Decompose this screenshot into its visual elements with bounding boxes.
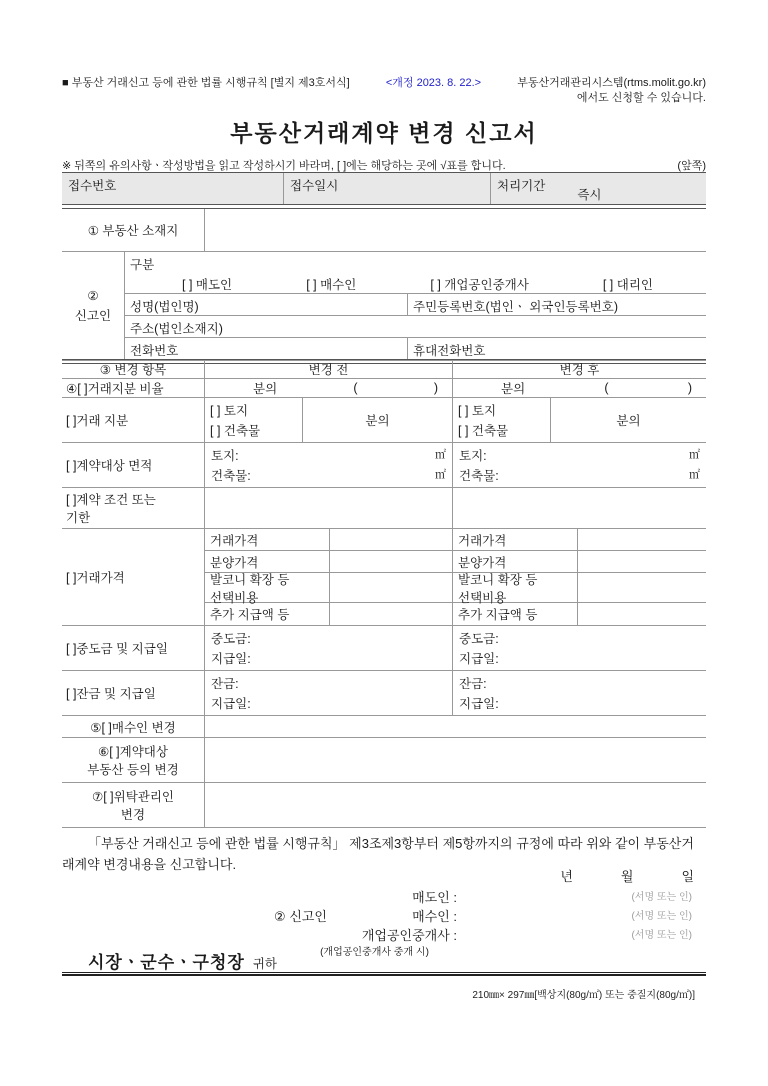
before-header: 변경 전 xyxy=(205,360,453,378)
pay-date-label: 지급일: xyxy=(211,694,446,712)
checkbox-buyer: [ ] 매수인 xyxy=(306,275,356,293)
checkbox-building: [ ] 건축물 xyxy=(210,421,297,439)
date-line: 년 월 일 xyxy=(62,866,706,885)
page-side-label: (앞쪽) xyxy=(677,157,706,173)
bottom-rule xyxy=(62,972,706,976)
receipt-datetime-cell: 접수일시 xyxy=(284,173,491,205)
price-item-label: 발코니 확장 등 선택비용 xyxy=(205,573,330,602)
buyer-change-value xyxy=(205,716,706,737)
instruction-text: ※ 뒤쪽의 유의사항ㆍ작성방법을 읽고 작성하시기 바라며, [ ]에는 해당하… xyxy=(62,157,506,173)
amount-label: 잔금: xyxy=(459,674,700,692)
land-label: 토지: xyxy=(459,446,487,464)
checkbox-broker: [ ] 개업공인중개사 xyxy=(430,275,528,293)
price-item-value xyxy=(578,551,706,572)
checkbox-agent: [ ] 대리인 xyxy=(603,275,653,293)
sqm-unit: ㎡ xyxy=(435,466,446,484)
amount-label: 중도금: xyxy=(211,629,446,647)
price-item-value xyxy=(330,573,452,602)
seal-note: (서명 또는 인) xyxy=(457,907,706,926)
mobile-label: 휴대전화번호 xyxy=(408,338,706,360)
sqm-unit: ㎡ xyxy=(689,466,700,484)
day-label: 일 xyxy=(681,866,694,885)
bunui-text: 분의 xyxy=(253,379,277,397)
contract-condition-row: [ ]계약 조건 또는 기한 xyxy=(62,488,706,529)
applicant-category-row: 구분 [ ] 매도인 [ ] 매수인 [ ] 개업공인중개사 [ ] 대리인 xyxy=(125,252,706,294)
applicant-label: ② 신고인 xyxy=(62,252,125,360)
custodian-change-value xyxy=(205,783,706,827)
phone-label: 전화번호 xyxy=(125,338,408,360)
transaction-share-label: [ ]거래 지분 xyxy=(62,398,205,442)
contract-condition-label: [ ]계약 조건 또는 기한 xyxy=(62,488,205,528)
system-note-continued: 에서도 신청할 수 있습니다. xyxy=(62,91,706,106)
price-item-label: 추가 지급액 등 xyxy=(205,603,330,625)
processing-period-cell: 처리기간 즉시 xyxy=(491,173,706,205)
contract-area-row: [ ]계약대상 면적 토지:㎡ 건축물:㎡ 토지:㎡ 건축물:㎡ xyxy=(62,443,706,488)
regulation-header: ■ 부동산 거래신고 등에 관한 법률 시행규칙 [별지 제3호서식] <개정 … xyxy=(62,76,706,106)
balance-payment-after: 잔금: 지급일: xyxy=(453,671,706,715)
form-page: ■ 부동산 거래신고 등에 관한 법률 시행규칙 [별지 제3호서식] <개정 … xyxy=(0,0,768,1086)
sqm-unit: ㎡ xyxy=(689,446,700,464)
property-change-label: ⑥[ ]계약대상 부동산 등의 변경 xyxy=(62,738,205,782)
pay-date-label: 지급일: xyxy=(211,649,446,667)
section-property-applicant: ① 부동산 소재지 ② 신고인 구분 [ ] 매도인 [ ] 매수인 [ ] 개… xyxy=(62,209,706,361)
regulation-text: ■ 부동산 거래신고 등에 관한 법률 시행규칙 [별지 제3호서식] xyxy=(62,76,350,91)
pay-date-label: 지급일: xyxy=(459,694,700,712)
custodian-change-label: ⑦[ ]위탁관리인 변경 xyxy=(62,783,205,827)
change-item-header: ③ 변경 항목 xyxy=(62,360,205,378)
bunui-text: 분의 xyxy=(501,379,525,397)
property-location-row: ① 부동산 소재지 xyxy=(62,209,706,252)
address-label: 주소(법인소재지) xyxy=(130,322,223,336)
share-ratio-after: 분의 ( ) xyxy=(453,379,706,397)
category-label: 구분 xyxy=(130,255,701,273)
building-label: 건축물: xyxy=(459,466,499,484)
pay-date-label: 지급일: xyxy=(459,649,700,667)
price-item-value xyxy=(330,551,452,572)
paper-spec: 210㎜× 297㎜[백상지(80g/㎡) 또는 중질지(80g/㎡)] xyxy=(62,986,706,1001)
amount-label: 중도금: xyxy=(459,629,700,647)
receipt-header-row: 접수번호 접수일시 처리기간 즉시 xyxy=(62,172,706,205)
system-note: 부동산거래관리시스템(rtms.molit.go.kr) xyxy=(517,76,706,91)
price-item-label: 거래가격 xyxy=(205,529,330,550)
sqm-unit: ㎡ xyxy=(435,446,446,464)
interim-payment-label: [ ]중도금 및 지급일 xyxy=(62,626,205,670)
price-item-value xyxy=(578,529,706,550)
checkbox-land: [ ] 토지 xyxy=(458,401,545,419)
applicant-name-row: 성명(법인명) 주민등록번호(법인ㆍ 외국인등록번호) xyxy=(125,294,706,316)
applicant-phone-row: 전화번호 휴대전화번호 xyxy=(125,338,706,360)
balance-payment-label: [ ]잔금 및 지급일 xyxy=(62,671,205,715)
recipient-line: 시장ㆍ군수ㆍ구청장귀하 xyxy=(62,948,706,973)
transaction-price-after: 거래가격 분양가격 발코니 확장 등 선택비용 추가 지급액 등 xyxy=(453,529,706,625)
applicant-address-row: 주소(법인소재지) xyxy=(125,316,706,338)
share-ratio-row: ④[ ]거래지분 비율 분의 ( ) 분의 ( ) xyxy=(62,379,706,398)
share-ratio-label: ④[ ]거래지분 비율 xyxy=(62,379,205,397)
building-label: 건축물: xyxy=(211,466,251,484)
registration-number-label: 주민등록번호(법인ㆍ 외국인등록번호) xyxy=(408,294,706,315)
price-item-value xyxy=(578,603,706,625)
contract-condition-after xyxy=(453,488,706,528)
price-item-label: 발코니 확장 등 선택비용 xyxy=(453,573,578,602)
price-item-value xyxy=(578,573,706,602)
balance-payment-row: [ ]잔금 및 지급일 잔금: 지급일: 잔금: 지급일: xyxy=(62,671,706,716)
transaction-price-row: [ ]거래가격 거래가격 분양가격 발코니 확장 등 선택비용 추가 지급액 등… xyxy=(62,529,706,626)
transaction-price-before: 거래가격 분양가격 발코니 확장 등 선택비용 추가 지급액 등 xyxy=(205,529,453,625)
applicant-section: ② 신고인 구분 [ ] 매도인 [ ] 매수인 [ ] 개업공인중개사 [ ]… xyxy=(62,252,706,361)
form-title: 부동산거래계약 변경 신고서 xyxy=(62,115,706,148)
processing-period-value: 즉시 xyxy=(577,176,601,202)
signature-applicant-label: ② 신고인 xyxy=(97,888,327,945)
paren-close: ) xyxy=(688,381,692,395)
price-item-label: 추가 지급액 등 xyxy=(453,603,578,625)
processing-period-label: 처리기간 xyxy=(497,176,545,202)
checkbox-building: [ ] 건축물 xyxy=(458,421,545,439)
amount-label: 잔금: xyxy=(211,674,446,692)
price-item-label: 거래가격 xyxy=(453,529,578,550)
transaction-share-row: [ ]거래 지분 [ ] 토지 [ ] 건축물 분의 [ ] 토지 [ ] 건축… xyxy=(62,398,706,443)
transaction-share-after: [ ] 토지 [ ] 건축물 분의 xyxy=(453,398,706,442)
land-label: 토지: xyxy=(211,446,239,464)
revision-date: <개정 2023. 8. 22.> xyxy=(386,76,481,91)
interim-payment-before: 중도금: 지급일: xyxy=(205,626,453,670)
change-table-header: ③ 변경 항목 변경 전 변경 후 xyxy=(62,360,706,379)
transaction-price-label: [ ]거래가격 xyxy=(62,529,205,625)
property-location-value xyxy=(205,209,706,251)
price-item-value xyxy=(330,529,452,550)
property-change-value xyxy=(205,738,706,782)
paren-open: ( xyxy=(604,381,608,395)
recipient-honorific: 귀하 xyxy=(253,957,277,971)
checkbox-seller: [ ] 매도인 xyxy=(182,275,232,293)
change-table: ③ 변경 항목 변경 전 변경 후 ④[ ]거래지분 비율 분의 ( ) 분의 … xyxy=(62,360,706,828)
after-header: 변경 후 xyxy=(453,360,706,378)
buyer-change-row: ⑤[ ]매수인 변경 xyxy=(62,716,706,738)
seal-note: (서명 또는 인) xyxy=(457,926,706,945)
contract-area-after: 토지:㎡ 건축물:㎡ xyxy=(453,443,706,487)
instruction-row: ※ 뒤쪽의 유의사항ㆍ작성방법을 읽고 작성하시기 바라며, [ ]에는 해당하… xyxy=(62,157,706,173)
bunui-text: 분의 xyxy=(551,398,706,442)
name-label: 성명(법인명) xyxy=(125,294,408,315)
receipt-number-cell: 접수번호 xyxy=(62,173,284,205)
contract-condition-before xyxy=(205,488,453,528)
seal-note: (서명 또는 인) xyxy=(457,888,706,907)
buyer-change-label: ⑤[ ]매수인 변경 xyxy=(62,716,205,737)
paren-close: ) xyxy=(434,381,438,395)
share-ratio-before: 분의 ( ) xyxy=(205,379,453,397)
property-change-row: ⑥[ ]계약대상 부동산 등의 변경 xyxy=(62,738,706,783)
paren-open: ( xyxy=(353,381,357,395)
price-item-value xyxy=(330,603,452,625)
applicant-circle: ② xyxy=(87,286,98,306)
month-label: 월 xyxy=(621,866,634,885)
balance-payment-before: 잔금: 지급일: xyxy=(205,671,453,715)
interim-payment-after: 중도금: 지급일: xyxy=(453,626,706,670)
custodian-change-row: ⑦[ ]위탁관리인 변경 xyxy=(62,783,706,828)
bunui-text: 분의 xyxy=(303,398,452,442)
transaction-share-before: [ ] 토지 [ ] 건축물 분의 xyxy=(205,398,453,442)
checkbox-land: [ ] 토지 xyxy=(210,401,297,419)
contract-area-before: 토지:㎡ 건축물:㎡ xyxy=(205,443,453,487)
contract-area-label: [ ]계약대상 면적 xyxy=(62,443,205,487)
property-location-label: ① 부동산 소재지 xyxy=(62,209,205,251)
applicant-text: 신고인 xyxy=(75,306,111,326)
interim-payment-row: [ ]중도금 및 지급일 중도금: 지급일: 중도금: 지급일: xyxy=(62,626,706,671)
recipient-title: 시장ㆍ군수ㆍ구청장 xyxy=(88,953,245,972)
year-label: 년 xyxy=(560,866,573,885)
